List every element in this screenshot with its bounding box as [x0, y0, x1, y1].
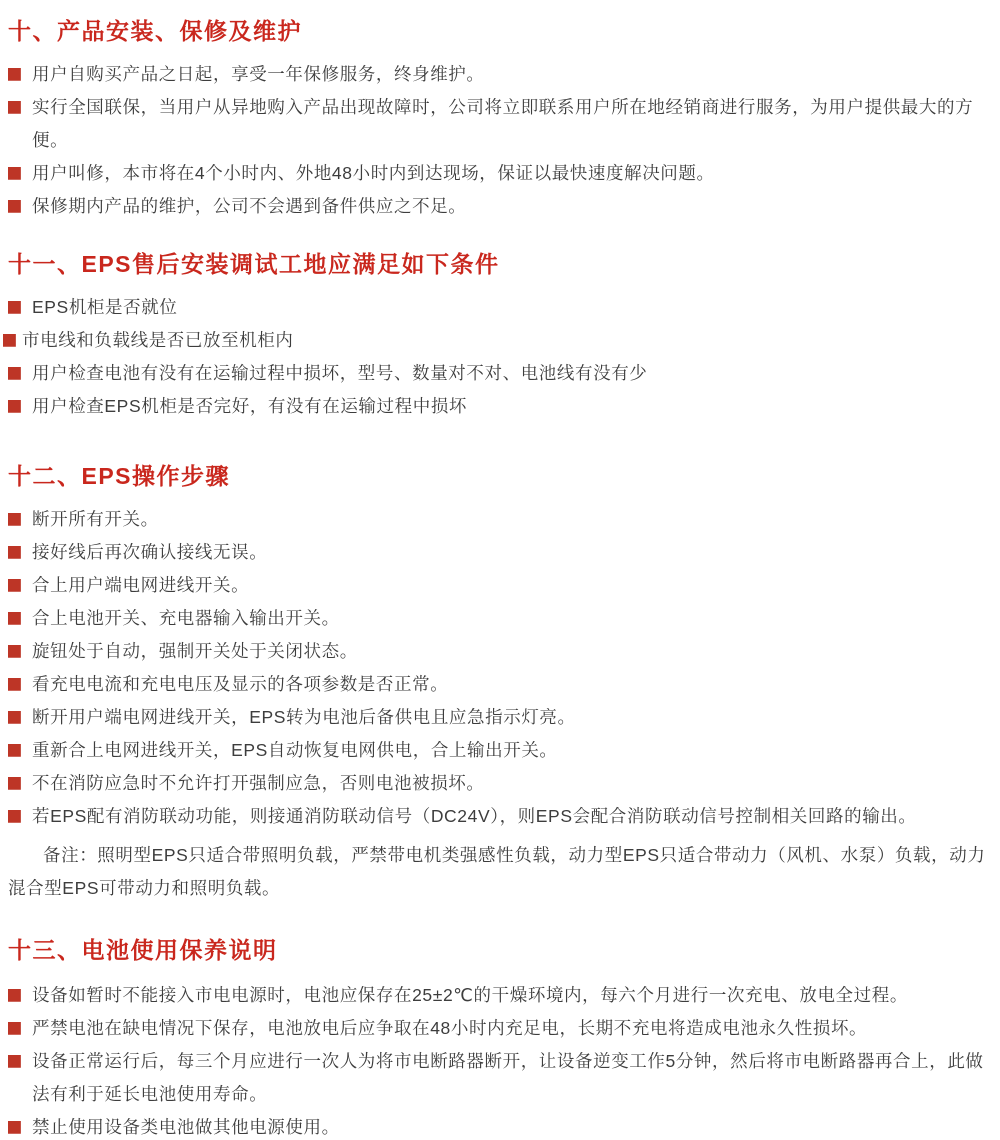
list-item-text: 设备如暂时不能接入市电电源时，电池应保存在25±2℃的干燥环境内，每六个月进行一…	[32, 985, 908, 1005]
bullet-square-icon	[8, 612, 21, 625]
list-item-text: 看充电电流和充电电压及显示的各项参数是否正常。	[32, 674, 448, 694]
bullet-square-icon	[8, 68, 21, 81]
bullet-square-icon	[8, 777, 21, 790]
note-paragraph: 备注：照明型EPS只适合带照明负载，严禁带电机类强感性负载，动力型EPS只适合带…	[8, 839, 988, 905]
list-item-text: 旋钮处于自动，强制开关处于关闭状态。	[32, 641, 358, 661]
bullet-square-icon	[8, 367, 21, 380]
list-item: 接好线后再次确认接线无误。	[8, 536, 988, 569]
section-battery-maintenance: 十三、电池使用保养说明 设备如暂时不能接入市电电源时，电池应保存在25±2℃的干…	[8, 935, 988, 1140]
list-item: 保修期内产品的维护，公司不会遇到备件供应之不足。	[8, 190, 988, 223]
list-item-text: 用户检查EPS机柜是否完好，有没有在运输过程中损坏	[32, 396, 467, 416]
list-item-text: 保修期内产品的维护，公司不会遇到备件供应之不足。	[32, 196, 466, 216]
section-operation-steps: 十二、EPS操作步骤 断开所有开关。 接好线后再次确认接线无误。 合上用户端电网…	[8, 461, 988, 905]
list-item: 设备如暂时不能接入市电电源时，电池应保存在25±2℃的干燥环境内，每六个月进行一…	[8, 979, 988, 1012]
list-item: 断开用户端电网进线开关，EPS转为电池后备供电且应急指示灯亮。	[8, 701, 988, 734]
list-item-text: 用户自购买产品之日起，享受一年保修服务，终身维护。	[32, 64, 485, 84]
list-item: 看充电电流和充电电压及显示的各项参数是否正常。	[8, 668, 988, 701]
list-item: 禁止使用设备类电池做其他电源使用。	[8, 1111, 988, 1140]
list-item-text: 用户叫修，本市将在4个小时内、外地48小时内到达现场，保证以最快速度解决问题。	[32, 163, 715, 183]
list-item: 合上电池开关、充电器输入输出开关。	[8, 602, 988, 635]
bullet-square-icon	[8, 546, 21, 559]
bullet-square-icon	[8, 200, 21, 213]
bullet-square-icon	[8, 579, 21, 592]
list-item-text: 严禁电池在缺电情况下保存，电池放电后应争取在48小时内充足电，长期不充电将造成电…	[32, 1018, 867, 1038]
bullet-square-icon	[3, 334, 16, 347]
list-item: 合上用户端电网进线开关。	[8, 569, 988, 602]
list-item: 实行全国联保，当用户从异地购入产品出现故障时，公司将立即联系用户所在地经销商进行…	[8, 91, 988, 157]
list-item: EPS机柜是否就位	[8, 291, 988, 324]
bullet-square-icon	[8, 101, 21, 114]
bullet-list: EPS机柜是否就位 市电线和负载线是否已放至机柜内 用户检查电池有没有在运输过程…	[8, 291, 988, 423]
list-item: 市电线和负载线是否已放至机柜内	[8, 324, 988, 357]
section-installation-site-conditions: 十一、EPS售后安装调试工地应满足如下条件 EPS机柜是否就位 市电线和负载线是…	[8, 249, 988, 423]
list-item-text: 合上电池开关、充电器输入输出开关。	[32, 608, 340, 628]
bullet-square-icon	[8, 678, 21, 691]
list-item: 断开所有开关。	[8, 503, 988, 536]
list-item: 不在消防应急时不允许打开强制应急，否则电池被损坏。	[8, 767, 988, 800]
bullet-square-icon	[8, 711, 21, 724]
list-item: 用户叫修，本市将在4个小时内、外地48小时内到达现场，保证以最快速度解决问题。	[8, 157, 988, 190]
bullet-list: 设备如暂时不能接入市电电源时，电池应保存在25±2℃的干燥环境内，每六个月进行一…	[8, 979, 988, 1140]
bullet-square-icon	[8, 400, 21, 413]
bullet-square-icon	[8, 513, 21, 526]
bullet-square-icon	[8, 1055, 21, 1068]
section-title: 十、产品安装、保修及维护	[8, 16, 988, 46]
bullet-list: 用户自购买产品之日起，享受一年保修服务，终身维护。 实行全国联保，当用户从异地购…	[8, 58, 988, 223]
bullet-square-icon	[8, 645, 21, 658]
section-product-warranty: 十、产品安装、保修及维护 用户自购买产品之日起，享受一年保修服务，终身维护。 实…	[8, 16, 988, 223]
list-item-text: 断开所有开关。	[32, 509, 159, 529]
list-item-text: 市电线和负载线是否已放至机柜内	[22, 330, 294, 350]
list-item-text: 重新合上电网进线开关，EPS自动恢复电网供电，合上输出开关。	[32, 740, 558, 760]
list-item: 严禁电池在缺电情况下保存，电池放电后应争取在48小时内充足电，长期不充电将造成电…	[8, 1012, 988, 1045]
list-item-text: 若EPS配有消防联动功能，则接通消防联动信号（DC24V），则EPS会配合消防联…	[32, 806, 917, 826]
list-item-text: 不在消防应急时不允许打开强制应急，否则电池被损坏。	[32, 773, 485, 793]
bullet-square-icon	[8, 989, 21, 1002]
section-title: 十一、EPS售后安装调试工地应满足如下条件	[8, 249, 988, 279]
bullet-square-icon	[8, 810, 21, 823]
list-item-text: 用户检查电池有没有在运输过程中损坏，型号、数量对不对、电池线有没有少	[32, 363, 647, 383]
list-item: 用户检查EPS机柜是否完好，有没有在运输过程中损坏	[8, 390, 988, 423]
list-item: 旋钮处于自动，强制开关处于关闭状态。	[8, 635, 988, 668]
list-item: 设备正常运行后，每三个月应进行一次人为将市电断路器断开，让设备逆变工作5分钟，然…	[8, 1045, 988, 1111]
bullet-square-icon	[8, 301, 21, 314]
bullet-square-icon	[8, 1022, 21, 1035]
bullet-square-icon	[8, 744, 21, 757]
list-item: 重新合上电网进线开关，EPS自动恢复电网供电，合上输出开关。	[8, 734, 988, 767]
manual-page: 十、产品安装、保修及维护 用户自购买产品之日起，享受一年保修服务，终身维护。 实…	[0, 0, 1000, 1140]
list-item-text: 实行全国联保，当用户从异地购入产品出现故障时，公司将立即联系用户所在地经销商进行…	[32, 97, 973, 150]
section-title: 十三、电池使用保养说明	[8, 935, 988, 965]
list-item: 用户自购买产品之日起，享受一年保修服务，终身维护。	[8, 58, 988, 91]
bullet-list: 断开所有开关。 接好线后再次确认接线无误。 合上用户端电网进线开关。 合上电池开…	[8, 503, 988, 833]
list-item-text: 禁止使用设备类电池做其他电源使用。	[32, 1117, 340, 1137]
list-item: 用户检查电池有没有在运输过程中损坏，型号、数量对不对、电池线有没有少	[8, 357, 988, 390]
list-item-text: 设备正常运行后，每三个月应进行一次人为将市电断路器断开，让设备逆变工作5分钟，然…	[32, 1051, 984, 1104]
bullet-square-icon	[8, 1121, 21, 1134]
list-item-text: 接好线后再次确认接线无误。	[32, 542, 267, 562]
section-title: 十二、EPS操作步骤	[8, 461, 988, 491]
list-item: 若EPS配有消防联动功能，则接通消防联动信号（DC24V），则EPS会配合消防联…	[8, 800, 988, 833]
bullet-square-icon	[8, 167, 21, 180]
list-item-text: 断开用户端电网进线开关，EPS转为电池后备供电且应急指示灯亮。	[32, 707, 576, 727]
list-item-text: EPS机柜是否就位	[32, 297, 177, 317]
list-item-text: 合上用户端电网进线开关。	[32, 575, 249, 595]
